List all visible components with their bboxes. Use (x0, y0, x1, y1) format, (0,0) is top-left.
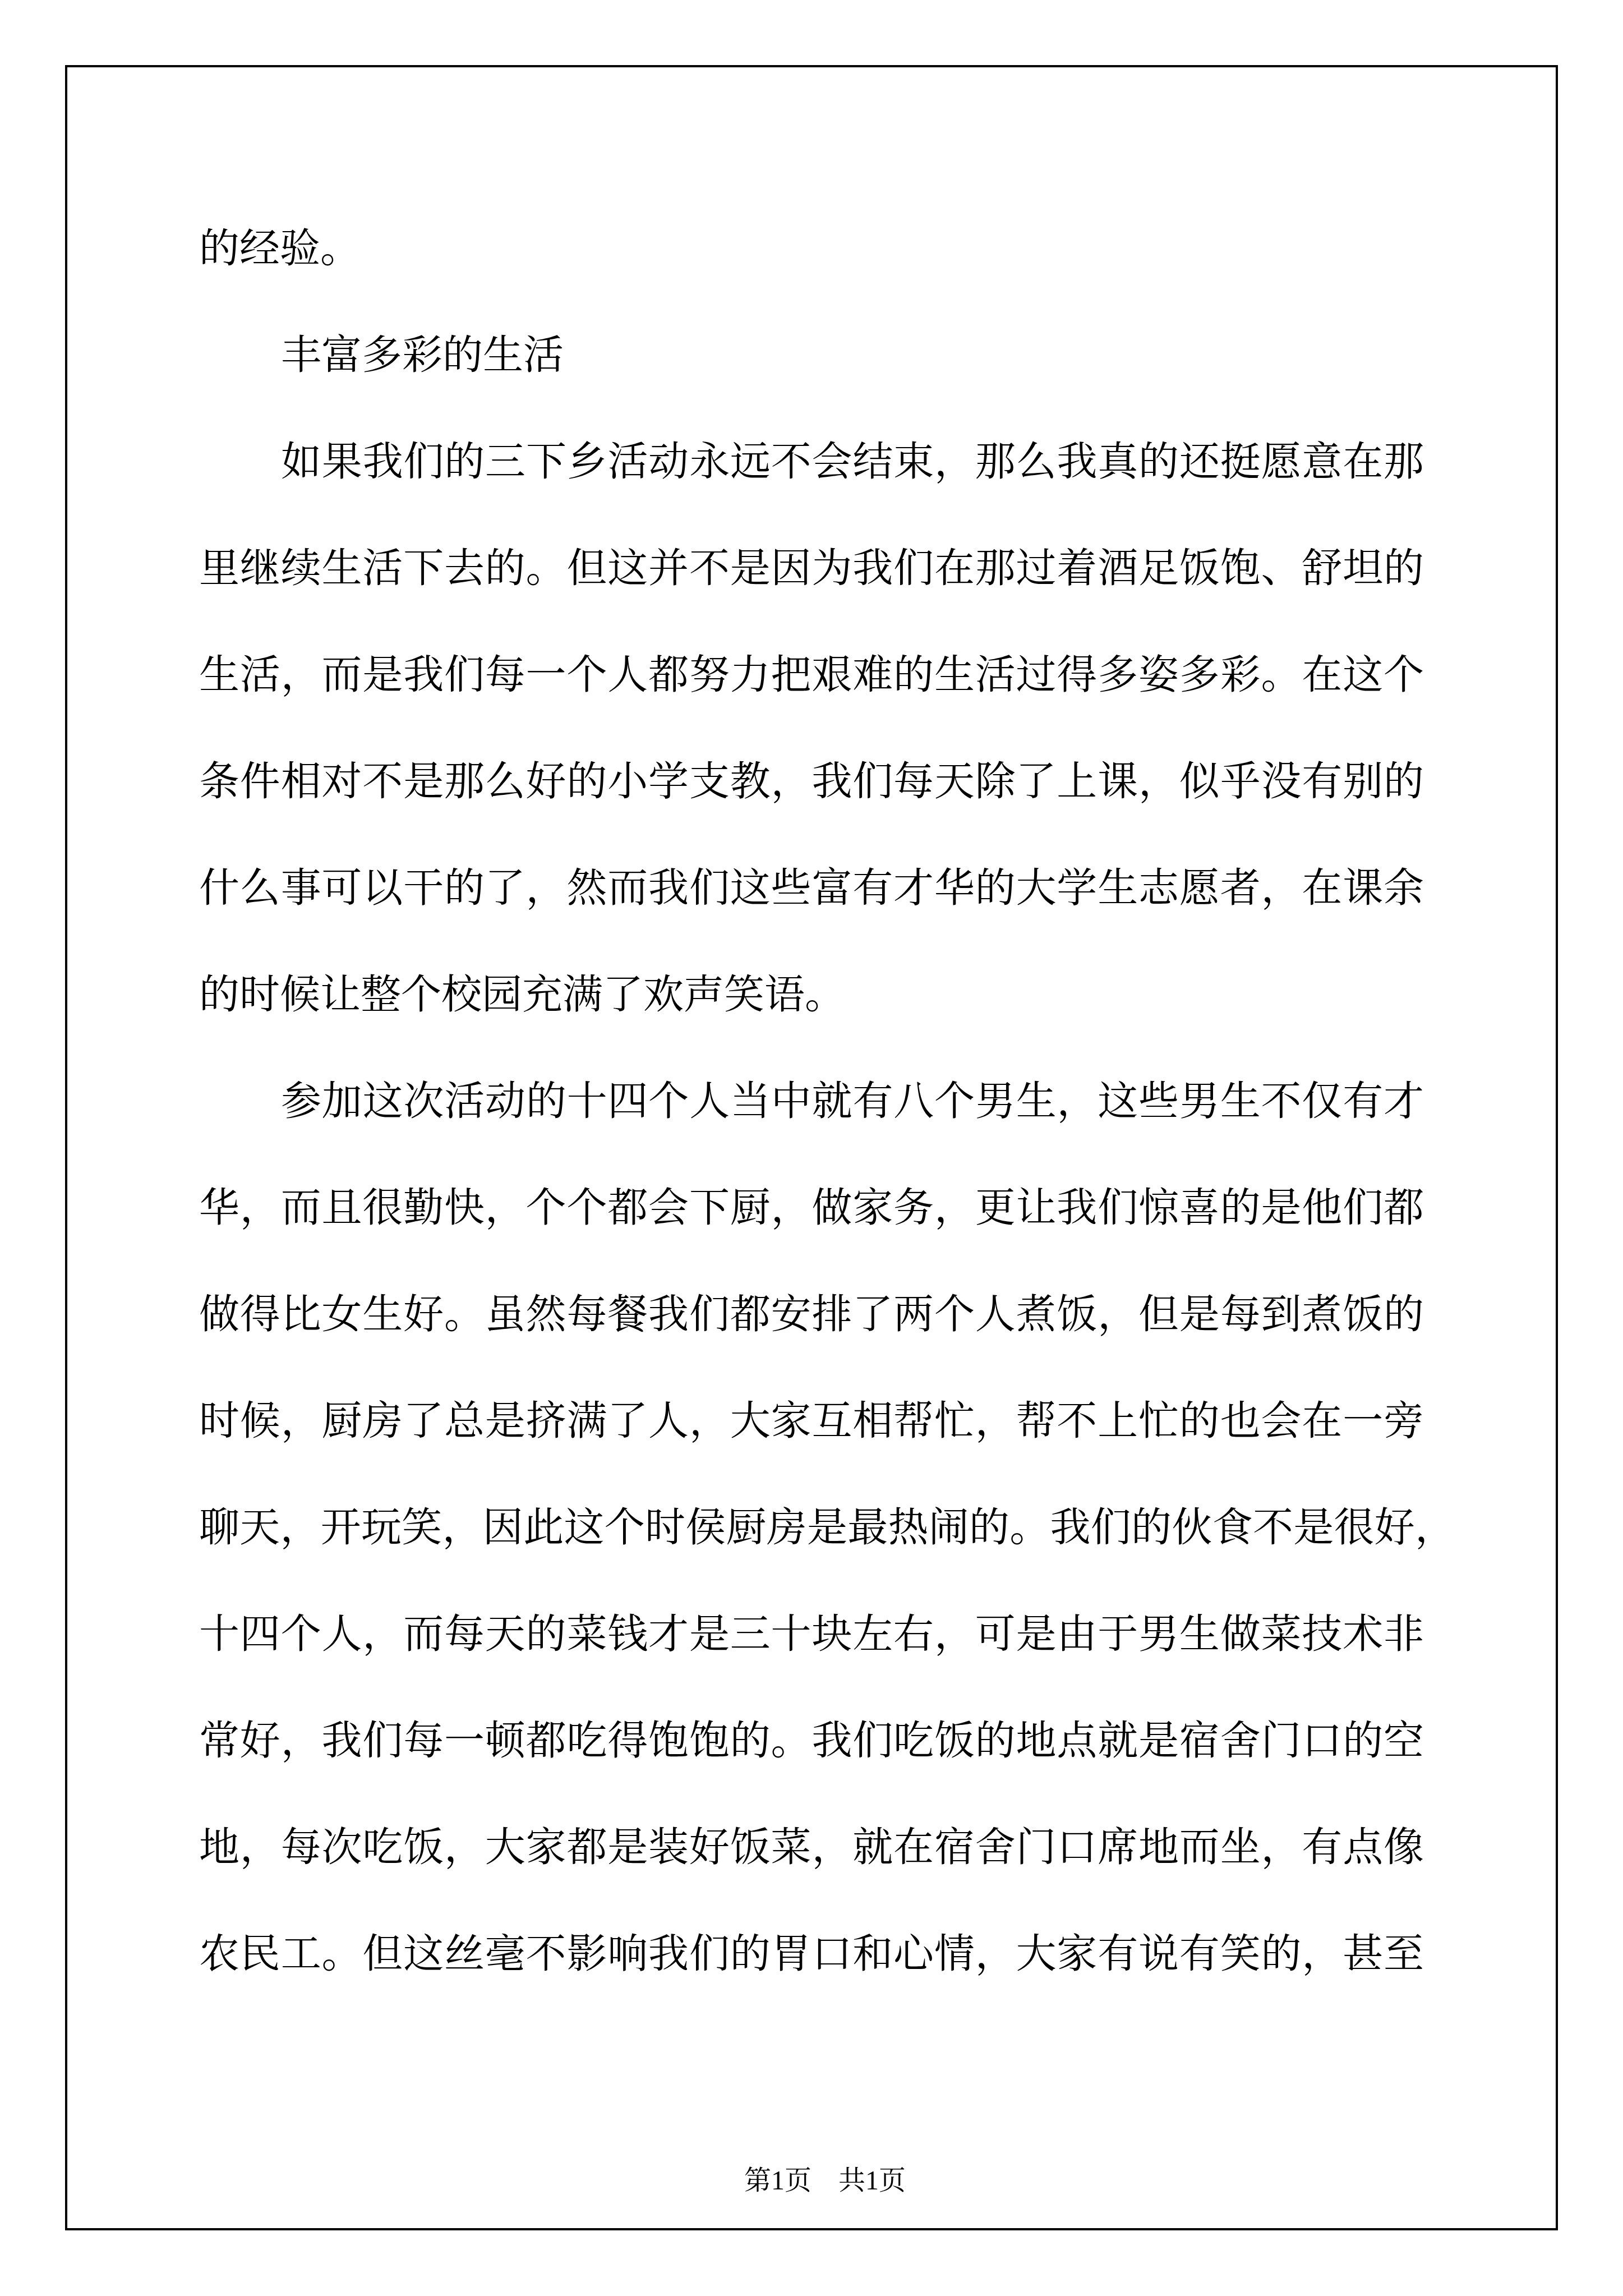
text-line: 时候，厨房了总是挤满了人，大家互相帮忙，帮不上忙的也会在一旁 (199, 1368, 1424, 1474)
text-line: 什么事可以干的了，然而我们这些富有才华的大学生志愿者，在课余 (199, 835, 1424, 941)
text-line: 农民工。但这丝毫不影响我们的胃口和心情，大家有说有笑的，甚至 (199, 1901, 1424, 2007)
document-body: 的经验。 丰富多彩的生活 如果我们的三下乡活动永远不会结束，那么我真的还挺愿意在… (199, 195, 1424, 2007)
page-footer: 第1页 共1页 (199, 2131, 1424, 2231)
page-number-text: 第1页 共1页 (744, 2166, 906, 2196)
text-line: 十四个人，而每天的菜钱才是三十块左右，可是由于男生做菜技术非 (199, 1581, 1424, 1687)
document-page: 的经验。 丰富多彩的生活 如果我们的三下乡活动永远不会结束，那么我真的还挺愿意在… (0, 0, 1623, 2296)
text-line: 常好，我们每一顿都吃得饱饱的。我们吃饭的地点就是宿舍门口的空 (199, 1687, 1424, 1794)
text-line: 条件相对不是那么好的小学支教，我们每天除了上课，似乎没有别的 (199, 728, 1424, 835)
text-line: 丰富多彩的生活 (199, 302, 1424, 408)
text-line: 华，而且很勤快，个个都会下厨，做家务，更让我们惊喜的是他们都 (199, 1154, 1424, 1261)
text-line: 地，每次吃饭，大家都是装好饭菜，就在宿舍门口席地而坐，有点像 (199, 1794, 1424, 1901)
text-line: 的时候让整个校园充满了欢声笑语。 (199, 941, 1424, 1048)
text-line: 做得比女生好。虽然每餐我们都安排了两个人煮饭，但是每到煮饭的 (199, 1261, 1424, 1368)
text-line: 生活，而是我们每一个人都努力把艰难的生活过得多姿多彩。在这个 (199, 622, 1424, 728)
text-line: 的经验。 (199, 195, 1424, 302)
text-line: 聊天，开玩笑，因此这个时侯厨房是最热闹的。我们的伙食不是很好， (199, 1474, 1455, 1581)
text-line: 里继续生活下去的。但这并不是因为我们在那过着酒足饭饱、舒坦的 (199, 515, 1424, 622)
text-line: 参加这次活动的十四个人当中就有八个男生，这些男生不仅有才 (199, 1048, 1424, 1154)
text-line: 如果我们的三下乡活动永远不会结束，那么我真的还挺愿意在那 (199, 408, 1424, 515)
